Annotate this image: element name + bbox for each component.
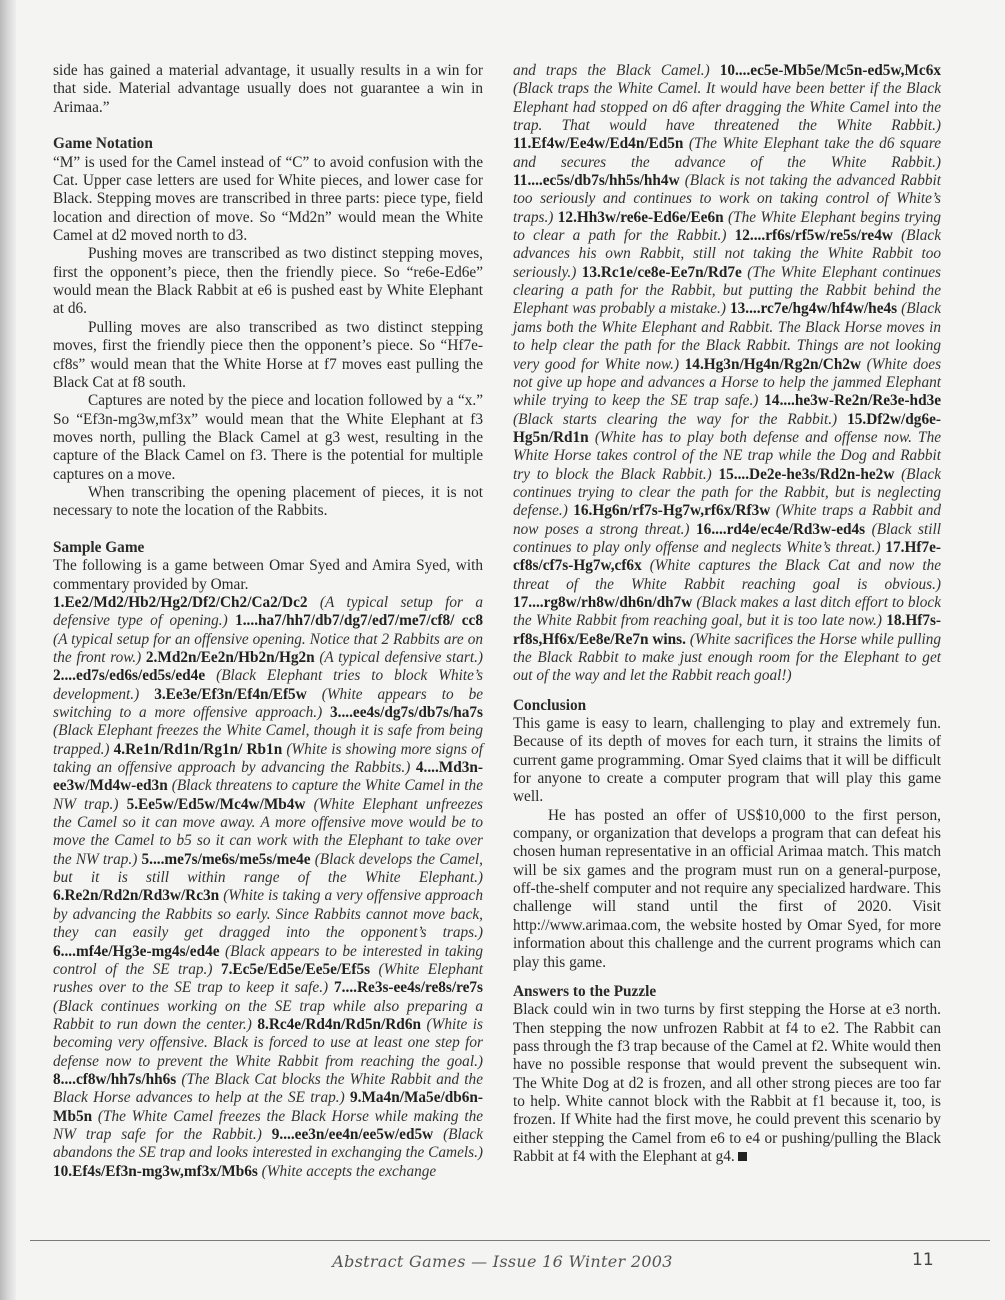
move-notation: 5....me7s/me6s/me5s/me4e bbox=[141, 851, 310, 868]
move-notation: 16.Hg6n/rf7s-Hg7w,rf6x/Rf3w bbox=[573, 502, 770, 519]
move-notation: 14....he3w-Re2n/Re3e-hd3e bbox=[764, 392, 941, 409]
move-notation: 1.Ee2/Md2/Hb2/Hg2/Df2/Ch2/Ca2/Dc2 bbox=[53, 594, 308, 611]
move-notation: 5.Ee5w/Ed5w/Mc4w/Mb4w bbox=[127, 796, 306, 813]
move-notation: 3....ee4s/dg7s/db7s/ha7s bbox=[330, 704, 483, 721]
game-moves-left: 1.Ee2/Md2/Hb2/Hg2/Df2/Ch2/Ca2/Dc2 (A typ… bbox=[53, 594, 483, 1181]
move-notation: 16....rd4e/ec4e/Rd3w-ed4s bbox=[696, 521, 865, 538]
sample-game-heading: Sample Game bbox=[53, 539, 483, 557]
puzzle-answers-heading: Answers to the Puzzle bbox=[513, 983, 941, 1001]
game-notation-heading: Game Notation bbox=[53, 135, 483, 153]
move-commentary: (A typical defensive start.) bbox=[319, 649, 483, 666]
sample-game-intro: The following is a game between Omar Sye… bbox=[53, 557, 483, 594]
left-column: side has gained a material advantage, it… bbox=[53, 62, 483, 1181]
page-number: 11 bbox=[912, 1250, 934, 1270]
conclusion-paragraph: He has posted an offer of US$10,000 to t… bbox=[513, 807, 941, 972]
move-notation: 13....rc7e/hg4w/hf4w/he4s bbox=[730, 300, 897, 317]
move-notation: 17....rg8w/rh8w/dh6n/dh7w bbox=[513, 594, 692, 611]
move-notation: 12.Hh3w/re6e-Ed6e/Ee6n bbox=[558, 209, 724, 226]
footer-publication-title: Abstract Games — Issue 16 Winter 2003 bbox=[0, 1252, 1005, 1271]
move-notation: 2.Md2n/Ee2n/Hb2n/Hg2n bbox=[146, 649, 315, 666]
move-notation: 4.Re1n/Rd1n/Rg1n/ Rb1n bbox=[114, 741, 283, 758]
page-binding-shadow bbox=[0, 0, 16, 1300]
move-notation: 14.Hg3n/Hg4n/Rg2n/Ch2w bbox=[685, 356, 861, 373]
move-notation: 3.Ee3e/Ef3n/Ef4n/Ef5w bbox=[154, 686, 307, 703]
move-notation: 2....ed7s/ed6s/ed5s/ed4e bbox=[53, 667, 205, 684]
move-commentary: (Black starts clearing the way for the R… bbox=[513, 411, 837, 428]
notation-paragraph: Pulling moves are also transcribed as tw… bbox=[53, 319, 483, 392]
move-notation: 6.Re2n/Rd2n/Rd3w/Rc3n bbox=[53, 887, 219, 904]
notation-paragraph: Captures are noted by the piece and loca… bbox=[53, 392, 483, 484]
move-commentary: (White accepts the exchange bbox=[262, 1163, 437, 1180]
move-notation: 10.Ef4s/Ef3n-mg3w,mf3x/Mb6s bbox=[53, 1163, 258, 1180]
move-notation: 15....De2e-he3s/Rd2n-he2w bbox=[718, 466, 894, 483]
conclusion-heading: Conclusion bbox=[513, 697, 941, 715]
end-of-article-mark bbox=[738, 1152, 747, 1161]
move-notation: 6....mf4e/Hg3e-mg4s/ed4e bbox=[53, 943, 220, 960]
move-notation: 7.Ec5e/Ed5e/Ee5e/Ef5s bbox=[221, 961, 370, 978]
move-notation: 8.Rc4e/Rd4n/Rd5n/Rd6n bbox=[257, 1016, 421, 1033]
puzzle-answers-text: Black could win in two turns by first st… bbox=[513, 1001, 941, 1166]
move-notation: 11....ec5s/db7s/hh5s/hh4w bbox=[513, 172, 680, 189]
move-notation: 7....Re3s-ee4s/re8s/re7s bbox=[334, 979, 483, 996]
notation-paragraph: Pushing moves are transcribed as two dis… bbox=[53, 245, 483, 318]
puzzle-answers-body: Black could win in two turns by first st… bbox=[513, 1001, 941, 1165]
move-notation: 13.Rc1e/ce8e-Ee7n/Rd7e bbox=[582, 264, 742, 281]
move-notation: 9....ee3n/ee4n/ee5w/ed5w bbox=[272, 1126, 433, 1143]
move-commentary: (Black traps the White Camel. It would h… bbox=[513, 80, 941, 134]
game-moves-right: and traps the Black Camel.) 10....ec5e-M… bbox=[513, 62, 941, 686]
move-notation: 12....rf6s/rf5w/re5s/re4w bbox=[735, 227, 893, 244]
move-commentary: and traps the Black Camel.) bbox=[513, 62, 710, 79]
conclusion-paragraph: This game is easy to learn, challenging … bbox=[513, 715, 941, 807]
notation-paragraph: When transcribing the opening placement … bbox=[53, 484, 483, 521]
move-notation: 8....cf8w/hh7s/hh6s bbox=[53, 1071, 176, 1088]
right-column: and traps the Black Camel.) 10....ec5e-M… bbox=[513, 62, 941, 1166]
footer-rule bbox=[30, 1240, 990, 1241]
move-notation: 10....ec5e-Mb5e/Mc5n-ed5w,Mc6x bbox=[720, 62, 941, 79]
intro-paragraph: side has gained a material advantage, it… bbox=[53, 62, 483, 117]
move-notation: 1....ha7/hh7/db7/dg7/ed7/me7/cf8/ cc8 bbox=[235, 612, 483, 629]
move-notation: 11.Ef4w/Ee4w/Ed4n/Ed5n bbox=[513, 135, 683, 152]
notation-paragraph: “M” is used for the Camel instead of “C”… bbox=[53, 154, 483, 246]
